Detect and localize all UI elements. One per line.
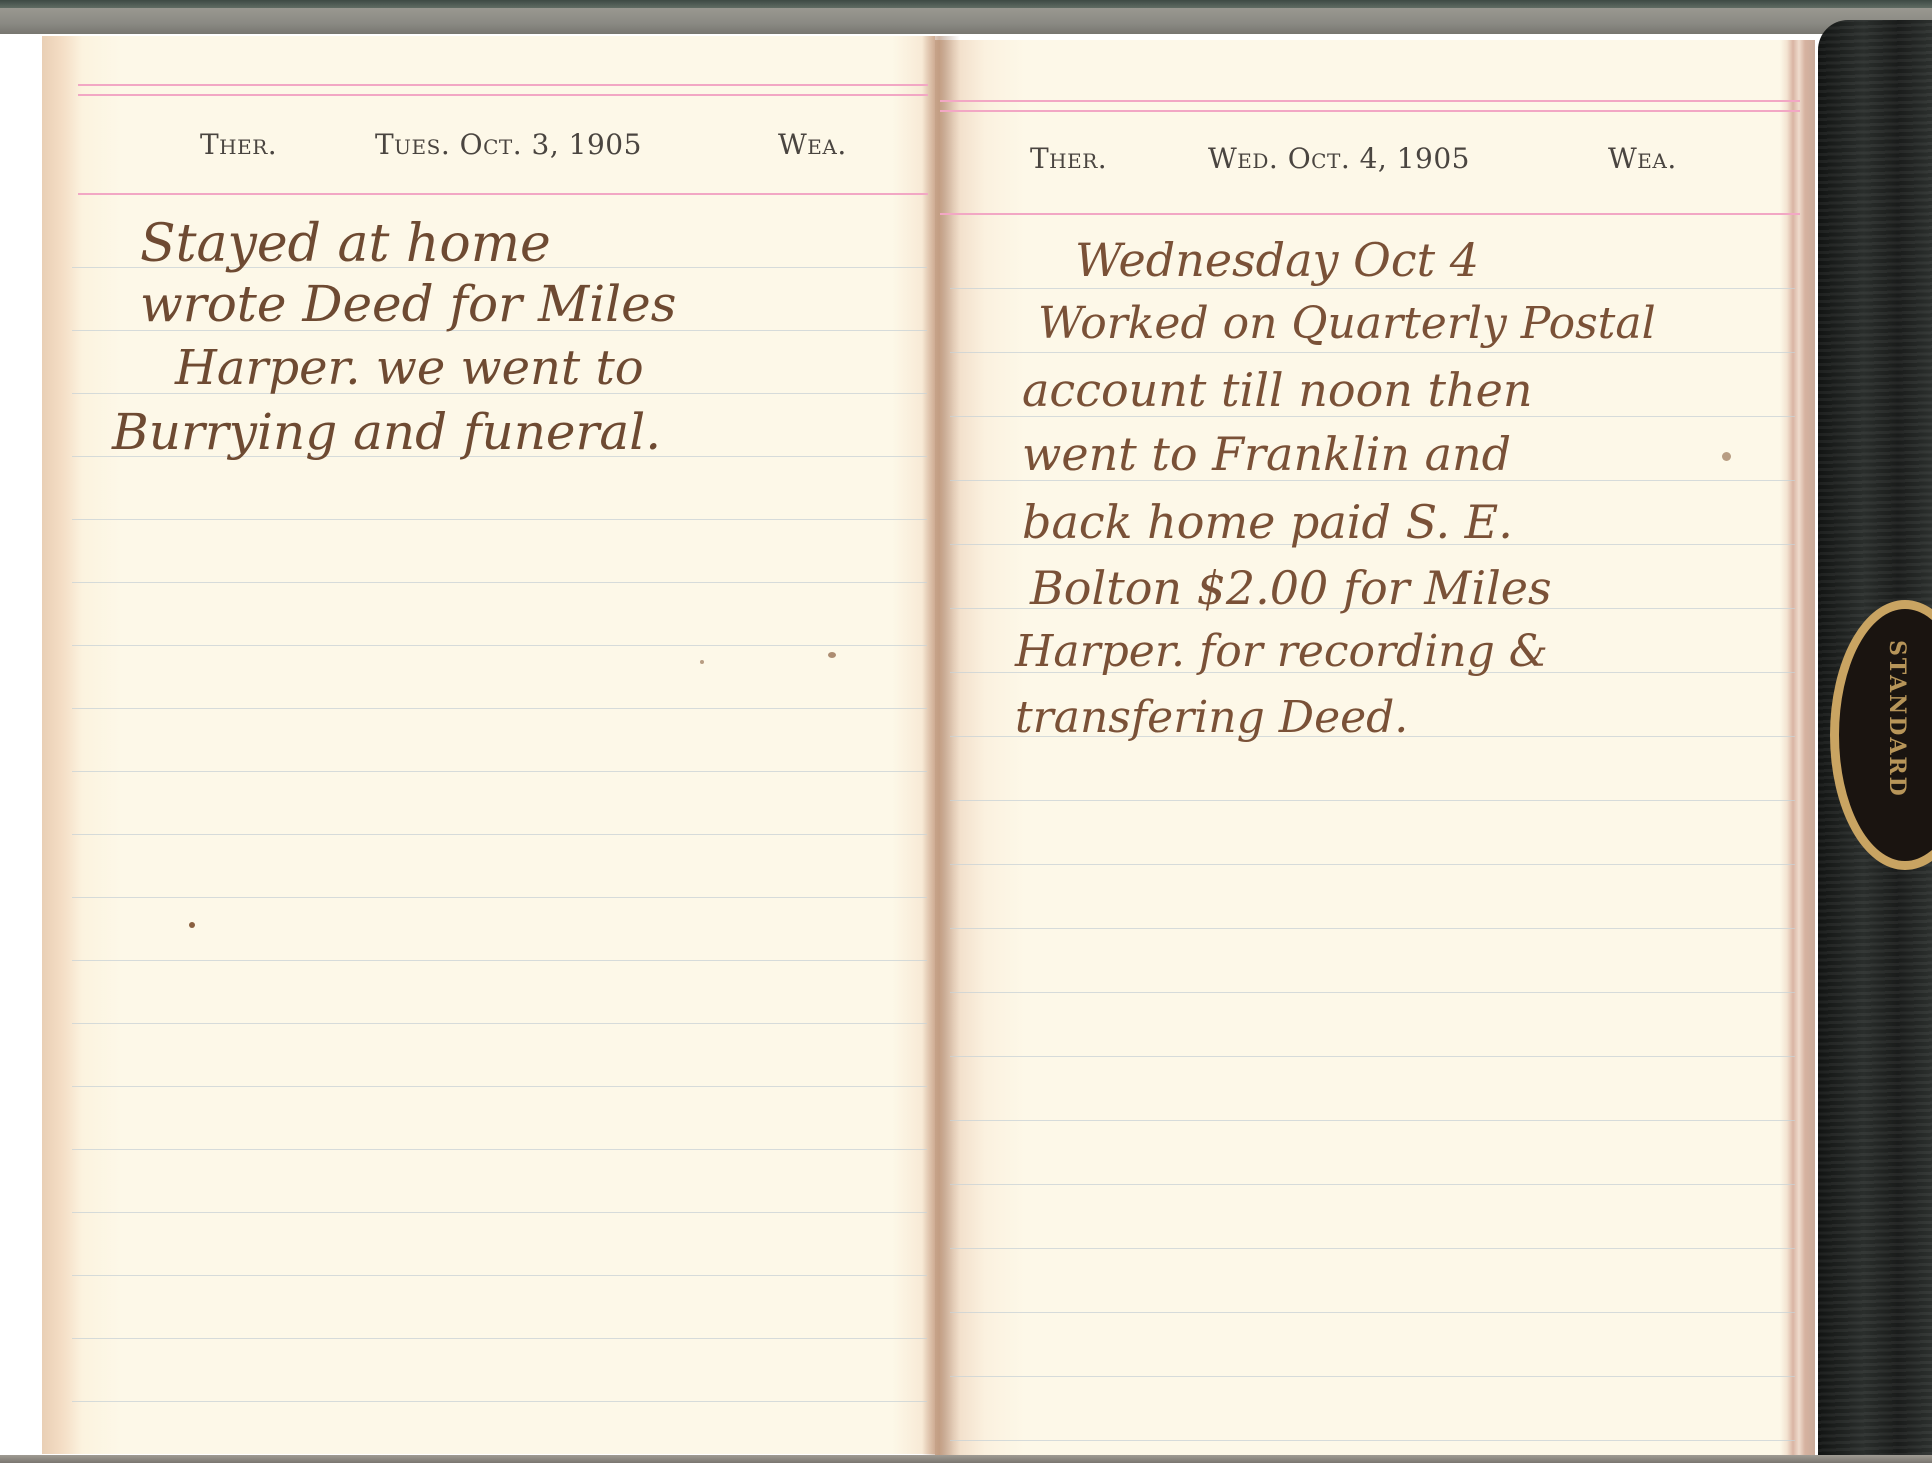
entry-line: wrote Deed for Miles [140, 272, 676, 336]
entry-line: Bolton $2.00 for Miles [1030, 556, 1552, 620]
entry-line: Stayed at home [140, 212, 551, 276]
scan-top-edge [0, 0, 1932, 8]
right-top-pink-rule-1 [940, 100, 1800, 102]
entry-line: back home paid S. E. [1022, 490, 1513, 554]
entry-line: account till noon then [1022, 358, 1532, 422]
right-thermometer-label: Ther. [1030, 142, 1107, 175]
ink-speck [828, 652, 836, 658]
right-header-pink-rule [940, 213, 1800, 215]
book-gutter [922, 36, 960, 1456]
right-weather-label: Wea. [1608, 142, 1677, 175]
ink-speck [189, 922, 195, 928]
ink-speck [1722, 452, 1731, 461]
entry-line: transfering Deed. [1015, 686, 1408, 750]
scan-bottom-edge [0, 1455, 1932, 1463]
ink-speck [700, 660, 704, 664]
entry-line: Wednesday Oct 4 [1075, 228, 1479, 292]
scan-frame-band [0, 8, 1932, 34]
entry-line: Burrying and funeral. [112, 400, 661, 464]
left-page-date: Tues. Oct. 3, 1905 [375, 128, 642, 161]
left-thermometer-label: Ther. [200, 128, 277, 161]
entry-line: went to Franklin and [1022, 422, 1511, 486]
entry-line: Harper. we went to [175, 336, 644, 400]
entry-line: Worked on Quarterly Postal [1038, 292, 1656, 356]
left-top-pink-rule-1 [78, 84, 928, 86]
cover-emblem-text: STANDARD [1850, 640, 1910, 840]
left-header-pink-rule [78, 193, 928, 195]
entry-line: Harper. for recording & [1015, 620, 1548, 684]
left-top-pink-rule-2 [78, 94, 928, 96]
right-top-pink-rule-2 [940, 110, 1800, 112]
right-page-date: Wed. Oct. 4, 1905 [1208, 142, 1470, 175]
left-weather-label: Wea. [778, 128, 847, 161]
